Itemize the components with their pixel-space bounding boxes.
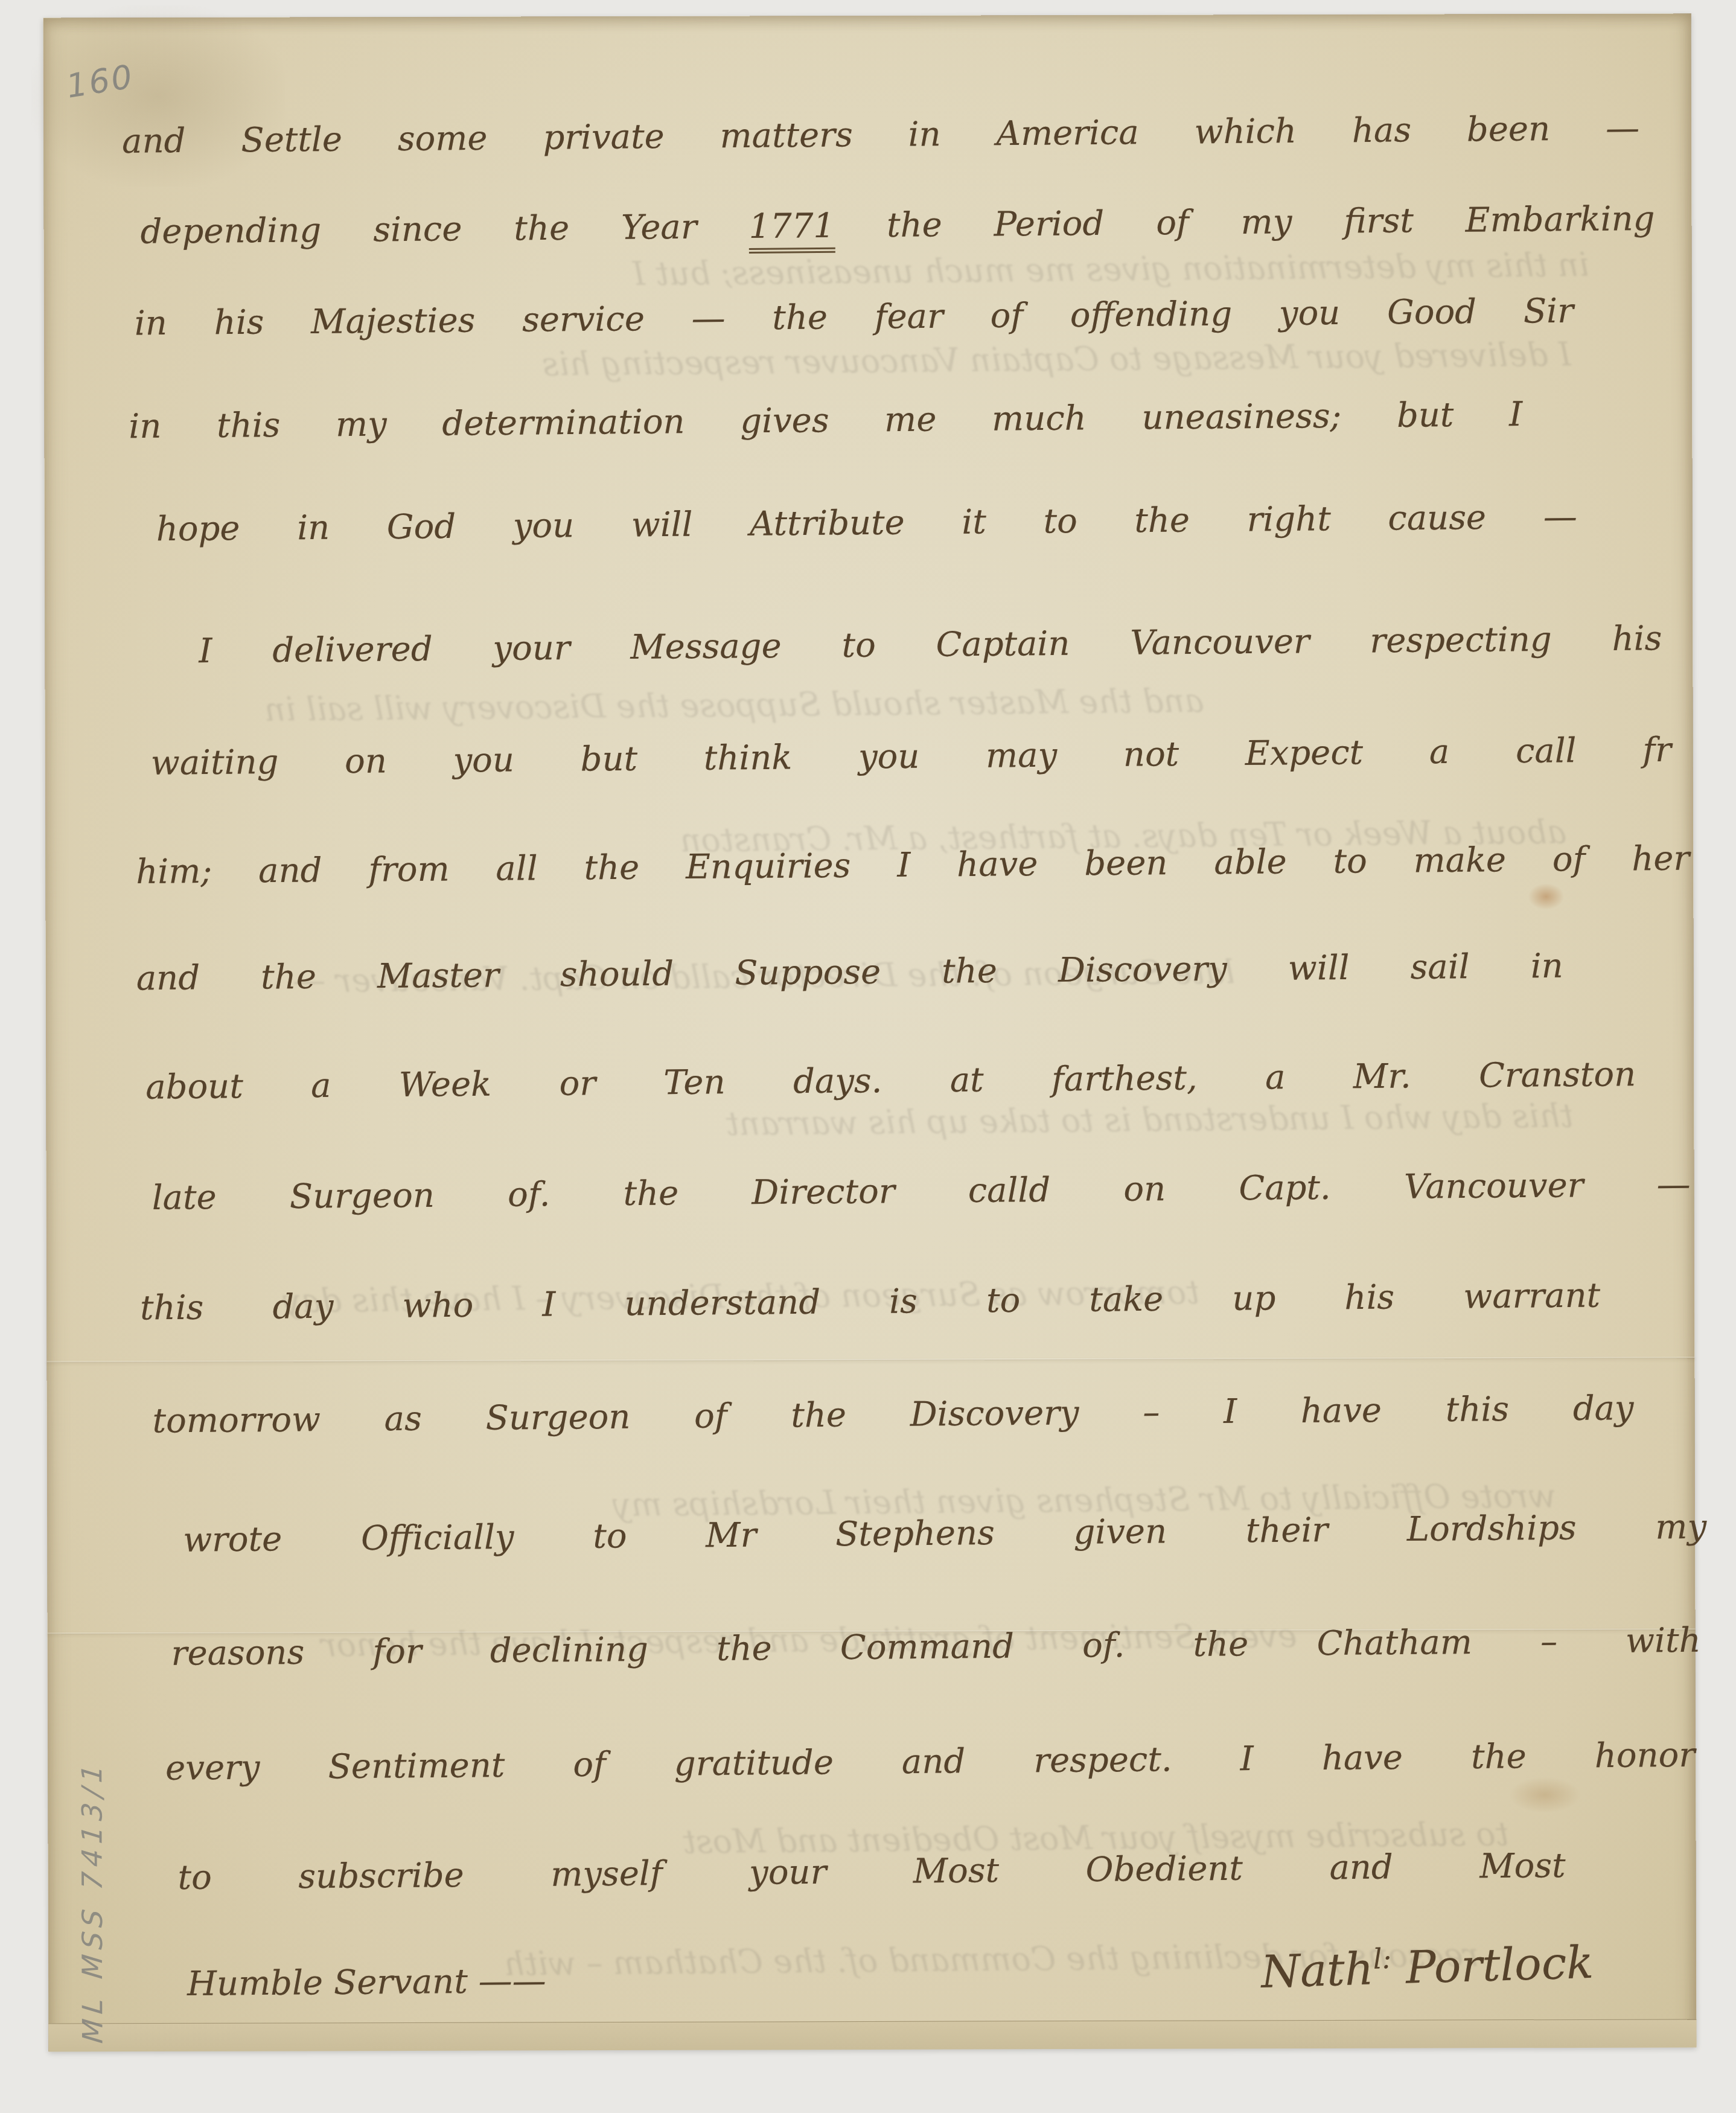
bleed-through-text: I delivered your Message to Captain Vanc… xyxy=(273,335,1572,386)
underlined-year: 1771 xyxy=(748,206,835,254)
letter-line: I delivered your Message to Captain Vanc… xyxy=(199,621,1662,670)
spacer xyxy=(546,1993,1262,1999)
signature-text: Portlock xyxy=(1391,1937,1594,1995)
letter-line: about a Week or Ten days. at farthest, a… xyxy=(145,1057,1636,1105)
bleed-through-text: this day who I understand is to take up … xyxy=(456,1096,1574,1145)
letter-line: and the Master should Suppose the Discov… xyxy=(136,949,1563,997)
page-number: 160 xyxy=(64,57,137,106)
fold-crease xyxy=(46,1357,1694,1363)
letter-line: late Surgeon of. the Director calld on C… xyxy=(152,1168,1690,1216)
letter-closing-line: Humble Servant —— Nathl: Portlock xyxy=(187,1942,1594,2003)
bleed-through-text: and the Master should Suppose the Discov… xyxy=(238,682,1204,729)
bleed-through-text: in this my determination gives me much u… xyxy=(563,246,1589,293)
letter-line: this day who I understand is to take up … xyxy=(140,1278,1600,1326)
ink-spot xyxy=(1528,883,1564,910)
signature-text: Nath xyxy=(1260,1943,1374,1998)
letter-line: in his Majesties service — the fear of o… xyxy=(135,294,1574,342)
signature: Nathl: Portlock xyxy=(1260,1938,1594,1996)
letter-line: reasons for declining the Command of. th… xyxy=(171,1623,1700,1672)
letter-line: and Settle some private matters in Ameri… xyxy=(122,111,1639,160)
letter-line: waiting on you but think you may not Exp… xyxy=(151,733,1671,782)
line-text: the Period of my first Embarking xyxy=(835,199,1655,246)
paper-stain xyxy=(1508,1777,1581,1813)
scan-background: { "page": { "page_number": "160", "margi… xyxy=(0,0,1736,2113)
bottom-fold-edge xyxy=(48,2019,1696,2051)
letter-line: depending since the Year 1771 the Period… xyxy=(140,202,1655,251)
margin-call-number: ML MSS 7413/1 xyxy=(75,1758,109,2045)
letter-line: every Sentiment of gratitude and respect… xyxy=(165,1738,1695,1787)
letter-line: in this my determination gives me much u… xyxy=(129,397,1522,445)
line-text: depending since the Year xyxy=(140,207,749,252)
letter-line: him; and from all the Enquiries I have b… xyxy=(136,842,1690,890)
letter-page: in this my determination gives me much u… xyxy=(43,13,1697,2051)
closing-text: Humble Servant —— xyxy=(187,1963,546,2002)
letter-line: hope in God you will Attribute it to the… xyxy=(156,500,1577,548)
letter-line: wrote Officially to Mr Stephens given th… xyxy=(183,1510,1706,1559)
letter-line: to subscribe myself your Most Obedient a… xyxy=(177,1849,1565,1896)
signature-superscript: l: xyxy=(1373,1942,1392,1975)
letter-line: tomorrow as Surgeon of the Discovery – I… xyxy=(152,1391,1633,1439)
